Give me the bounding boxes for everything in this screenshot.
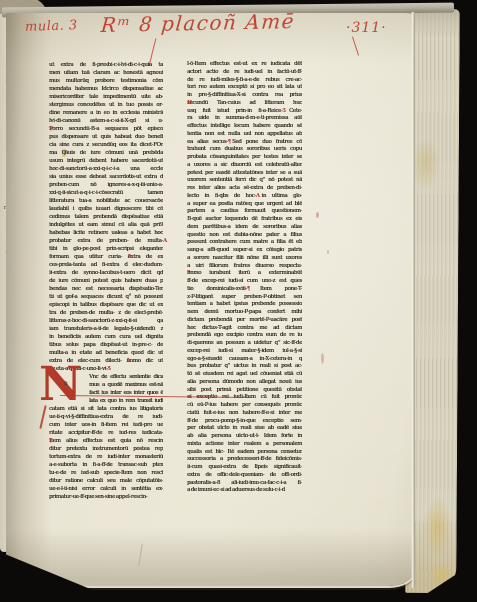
- text-line: dem parētibus-a idem de sororibus alias: [187, 224, 302, 232]
- text-line: ego-a-§-eiusdē causam-a in-X-cetera-in q: [187, 356, 302, 364]
- fore-edge-stain: [411, 137, 441, 191]
- text-line: possunt contrahere cum matre a filia ēt …: [187, 239, 302, 247]
- running-title-center: Rᵐ 8 placoñ Amē: [100, 9, 296, 37]
- text-line: bendas nec est necessaria dispēsatio-Ter: [49, 285, 163, 293]
- page-stain: [316, 212, 319, 218]
- text-column-left: ut extra de fi-presbi-c-i-lvi-di-c-i-qui…: [49, 61, 163, 501]
- text-line: tibi in glo-pe-post prin-scripsi elegant…: [49, 245, 163, 253]
- text-line: trahunt cum duabus sororibus ueris copu: [187, 146, 302, 154]
- gutter-shadow: [6, 13, 52, 586]
- text-line: B-quē auctor loquendo dē fratribus ex ei…: [187, 216, 302, 224]
- text-line: hoc-di-sanctorū-a-xxi-q-i-c-i-a una eccl…: [49, 165, 163, 173]
- text-line: tu-e-de re iud-sub specie-Item non rescī: [49, 469, 163, 477]
- initial-guide-letter: n: [64, 380, 68, 387]
- text-line: ii-extra de synno-Iacobus-t-uero dicit q…: [49, 269, 163, 277]
- scanned-book-photo: b3ds3ae3tno3riu3msbe3dirco mula. 3 Rᵐ 8 …: [0, 0, 477, 602]
- text-line: litteratura tua-a nobilitate ac couersac…: [49, 197, 163, 205]
- text-line: mus multorūq probore testimonia cōm: [49, 77, 163, 85]
- text-line: pus dispensare ut quis habeat duo benefi: [49, 133, 163, 141]
- text-line: in beneficiis autem cum cura uel dignita: [49, 333, 163, 341]
- text-line: cia sine cura z secundūq eos ita dicet-F…: [49, 141, 163, 149]
- text-line: pastoralis-a-8 ali-iudi-imu-ca-fac-c-i-a…: [187, 480, 302, 488]
- text-line: a-e-suborta in fi-a-ff-de transac-sub pt…: [49, 461, 163, 469]
- text-line: ditur pretextu instrumentorū postea rep: [49, 445, 163, 453]
- folio-number: ·311·: [346, 20, 387, 36]
- text-line: probata cōsanguinitates per testes inter…: [187, 154, 302, 162]
- text-line: questio non est dubia-nōne pater a filiu…: [187, 232, 302, 240]
- text-line: uxorem sententiā ferri dic q° nō potest …: [187, 177, 302, 185]
- text-line: iam transtuleris-a-ii-de legato-§-uidend…: [49, 325, 163, 333]
- text-line: res inter alios acta sē-extra de preben-…: [187, 185, 302, 193]
- text-line: Ʒ immo iurabunt iterū a exterminabūt: [187, 270, 302, 278]
- text-line: usq fuit istud prin-in fi-a-Reice-Ʒ Cete…: [187, 108, 302, 116]
- text-line: qualis est hīc- Itē eadem persona censet…: [187, 449, 302, 457]
- text-line: prebendā ego excipio contra eum de re iu: [187, 332, 302, 340]
- text-line: ei exceptio rei iudi-Item cū fuit pronūc: [187, 394, 302, 402]
- text-line: tori reo autem exceptō si pro eo sit lat…: [187, 84, 302, 92]
- text-line: a sorore nascitur filii nōne illi sunt u…: [187, 255, 302, 263]
- text-line: partem a cautius formauit questionem-: [187, 208, 302, 216]
- text-line: cedimus talem prebendā dispēsatiue etiā: [49, 213, 163, 221]
- text-line: tō sē eiusdem rei agat uel cōueniat etiā…: [187, 371, 302, 379]
- text-line: a uiri filiorum fratres diuerso respectu…: [187, 263, 302, 271]
- text-line: ut extra de fi-presbi-c-i-lvi-di-c-i-qui…: [49, 61, 163, 69]
- text-line: a uxores a sic diuorciū est celebratū-al…: [187, 162, 302, 170]
- illuminated-initial: N n: [39, 363, 91, 413]
- text-line: probatur extra de preben- de multa- A: [49, 237, 163, 245]
- margin-red-mark: [321, 353, 324, 364]
- text-line: per obstat uīcto in reali siue ab eadē s…: [187, 425, 302, 433]
- text-line: dictam prebendā per mortē-P-uacāre post: [187, 317, 302, 325]
- text-line: tra de preben-de multa- z de elecī-prebē…: [49, 309, 163, 317]
- text-line: tio dominicalis-xviii-¶ Item pone-T-: [187, 286, 302, 294]
- text-line: sang-a affi-quod super-si ex cōiugio pat…: [187, 247, 302, 255]
- text-column-right: l-ō-Item effectus est-ut ex re iudicata …: [187, 61, 302, 495]
- fore-edge-stain: [423, 495, 451, 559]
- text-line: tortum-extra de re iudi-inter monasteriū: [49, 453, 163, 461]
- text-line: de re iudi-miles-§-fi-a-e-de rebus cre-a…: [187, 77, 302, 85]
- text-line: alia persona dūmodo non allegat nouū ius: [187, 379, 302, 387]
- text-line: bus probatur q° uictus in reali si post …: [187, 363, 302, 371]
- text-line: men uitam tuā claram ac honestā agnoui: [49, 69, 163, 77]
- text-line: tentiam a habet ipsius prebende possessi…: [187, 301, 302, 309]
- text-line: preben-cum nō ignores-a-x-q-iii-unio-a-: [49, 181, 163, 189]
- text-line: xxi-q-ii-sicut-a-q-i-c-i-cōsecratū tamen: [49, 189, 163, 197]
- text-line: potest per easdē attestatōnes inter se a…: [187, 170, 302, 178]
- text-line: episcopi in talibus dispēsare que dic ut…: [49, 301, 163, 309]
- text-line: z-P-litigant super preben-P-obtinet sen: [187, 294, 302, 302]
- text-line: successoria a predecessori-ff-de fideicō…: [187, 456, 302, 464]
- text-line: actori actio de re iudi-uel in factū-ut-…: [187, 69, 302, 77]
- text-line: mendata habemus Idcirco dispensatiue ac: [49, 85, 163, 93]
- text-line: sibi post primā petitione quesitū obstat: [187, 387, 302, 395]
- text-line: ue-e-l-ii-nisi error calculi in sentētia…: [49, 485, 163, 493]
- text-line: cū eū-P-ius habere per consequēs pronūc: [187, 402, 302, 410]
- text-line: ab alia persona uīcto-ut-ī- Idem forte i…: [187, 433, 302, 441]
- text-line: nem demū mortuo-P-papa confert mihi: [187, 309, 302, 317]
- page-stain: [327, 250, 329, 254]
- text-line: ra uide in summa-d-m-e-ti-premissa aūt: [187, 115, 302, 123]
- text-line: indulgētes ut eam simul cū alia quā pri9: [49, 221, 163, 229]
- text-line: H secundū Tan-cuius ad litteram huc: [187, 100, 302, 108]
- text-line: tibus solus papa dispēsat-ut in-pre-c- d…: [49, 341, 163, 349]
- text-line: ma Quāuis de iure cōmuni unā prebēda: [49, 149, 163, 157]
- text-line: excep-rei iudi-si mater-§-idem iul-a-§-s…: [187, 348, 302, 356]
- text-line: dine remanere a in eo in ecclesia minist…: [49, 109, 163, 117]
- text-line: misericorditer tale impedimentū uite ab-: [49, 93, 163, 101]
- text-line: multa-a in etate ad beneficia quod dic u…: [49, 349, 163, 357]
- initial-letter: N: [39, 363, 82, 407]
- text-line: a super ea posita ratōeq que urgent ad b…: [187, 201, 302, 209]
- text-line: ii-cum quasi-extra de līpeis significaui…: [187, 464, 302, 472]
- text-line: di-querens an possum a uidetur q° sic-ff…: [187, 340, 302, 348]
- text-line: ff-de procu-pomp-§-in-que exceptio sem-: [187, 418, 302, 426]
- text-line: tii ut gof-a sequaces dicunt q° nō possu…: [49, 293, 163, 301]
- page-fore-edge-seam: [411, 12, 415, 588]
- text-line: ea alias secus-¶ Sed pone duo fratres cō: [187, 139, 302, 147]
- text-line: in pre-§-diffinitiua-X-si contra rea pri…: [187, 92, 302, 100]
- text-line: a de imuni-ec-si ad aduersus-de solu-c-i…: [187, 487, 302, 495]
- text-line: formam qua utitur curia- Ʒ extra de ex: [49, 253, 163, 261]
- text-line: lvi-di-canonū astem-a-c-si-ii-X-qd si u-: [49, 117, 163, 125]
- text-line: lecto in fi-qbs de hoc-A in ultima glo-: [187, 193, 302, 201]
- text-line: ff-de excep-rei iudi-si cum uno-z est qu…: [187, 278, 302, 286]
- text-line: mixta actione inter realem a personalem: [187, 441, 302, 449]
- text-line: cum inter uos-in fi-item rei iudi-pro ue: [49, 421, 163, 429]
- text-line: de iure cōmuni potest quis habere duas p: [49, 277, 163, 285]
- text-line: ¶ Item alius effectus est quia nō rescin: [49, 437, 163, 445]
- text-line: ritate accipitur-ff-de re iud-res iudica…: [49, 429, 163, 437]
- text-line: effectus intellige locum habere quando s…: [187, 123, 302, 131]
- text-line: l-ō-Item effectus est-ut ex re iudicata …: [187, 61, 302, 69]
- text-line: ciatū fuit-e-ius non habere-ff-e-si inte…: [187, 410, 302, 418]
- text-line: ces-prela-tanta ad fi-extra d elec-dudum…: [49, 261, 163, 269]
- text-line: hoc dictus-T-agit contra me ad dictam: [187, 325, 302, 333]
- text-line: ¶ Porro secundū-B-a sequaces pōt episco: [49, 125, 163, 133]
- text-line: tentia non est nulla uel non appellatus …: [187, 131, 302, 139]
- running-title-left: mula. 3: [25, 18, 78, 35]
- text-line: sia unius esse debeat sacerdotis-ut extr…: [49, 173, 163, 181]
- text-line: usum integrū debent habere sacerdotū-ut: [49, 157, 163, 165]
- text-line: laudabil i quibs iuuari dignoscere tibi …: [49, 205, 163, 213]
- text-line: primatur-ue-ff-que sen-sine appel-rescin…: [49, 493, 163, 501]
- text-line: habebas licite retinere ualeas a habet h…: [49, 229, 163, 237]
- text-line: ue-ii-q-vi-§-diffinitiua-extra de re iud…: [49, 413, 163, 421]
- text-line: ditur ratione calculi seu male cōputatōi…: [49, 477, 163, 485]
- text-line: stergimus concedētes ut in tuo possis or…: [49, 101, 163, 109]
- text-line: litteras-z-hoc-di-sanctorū-z-xxi-q-ii-si…: [49, 317, 163, 325]
- text-line: extra de offic-dele-quoniam- de offi-ord…: [187, 472, 302, 480]
